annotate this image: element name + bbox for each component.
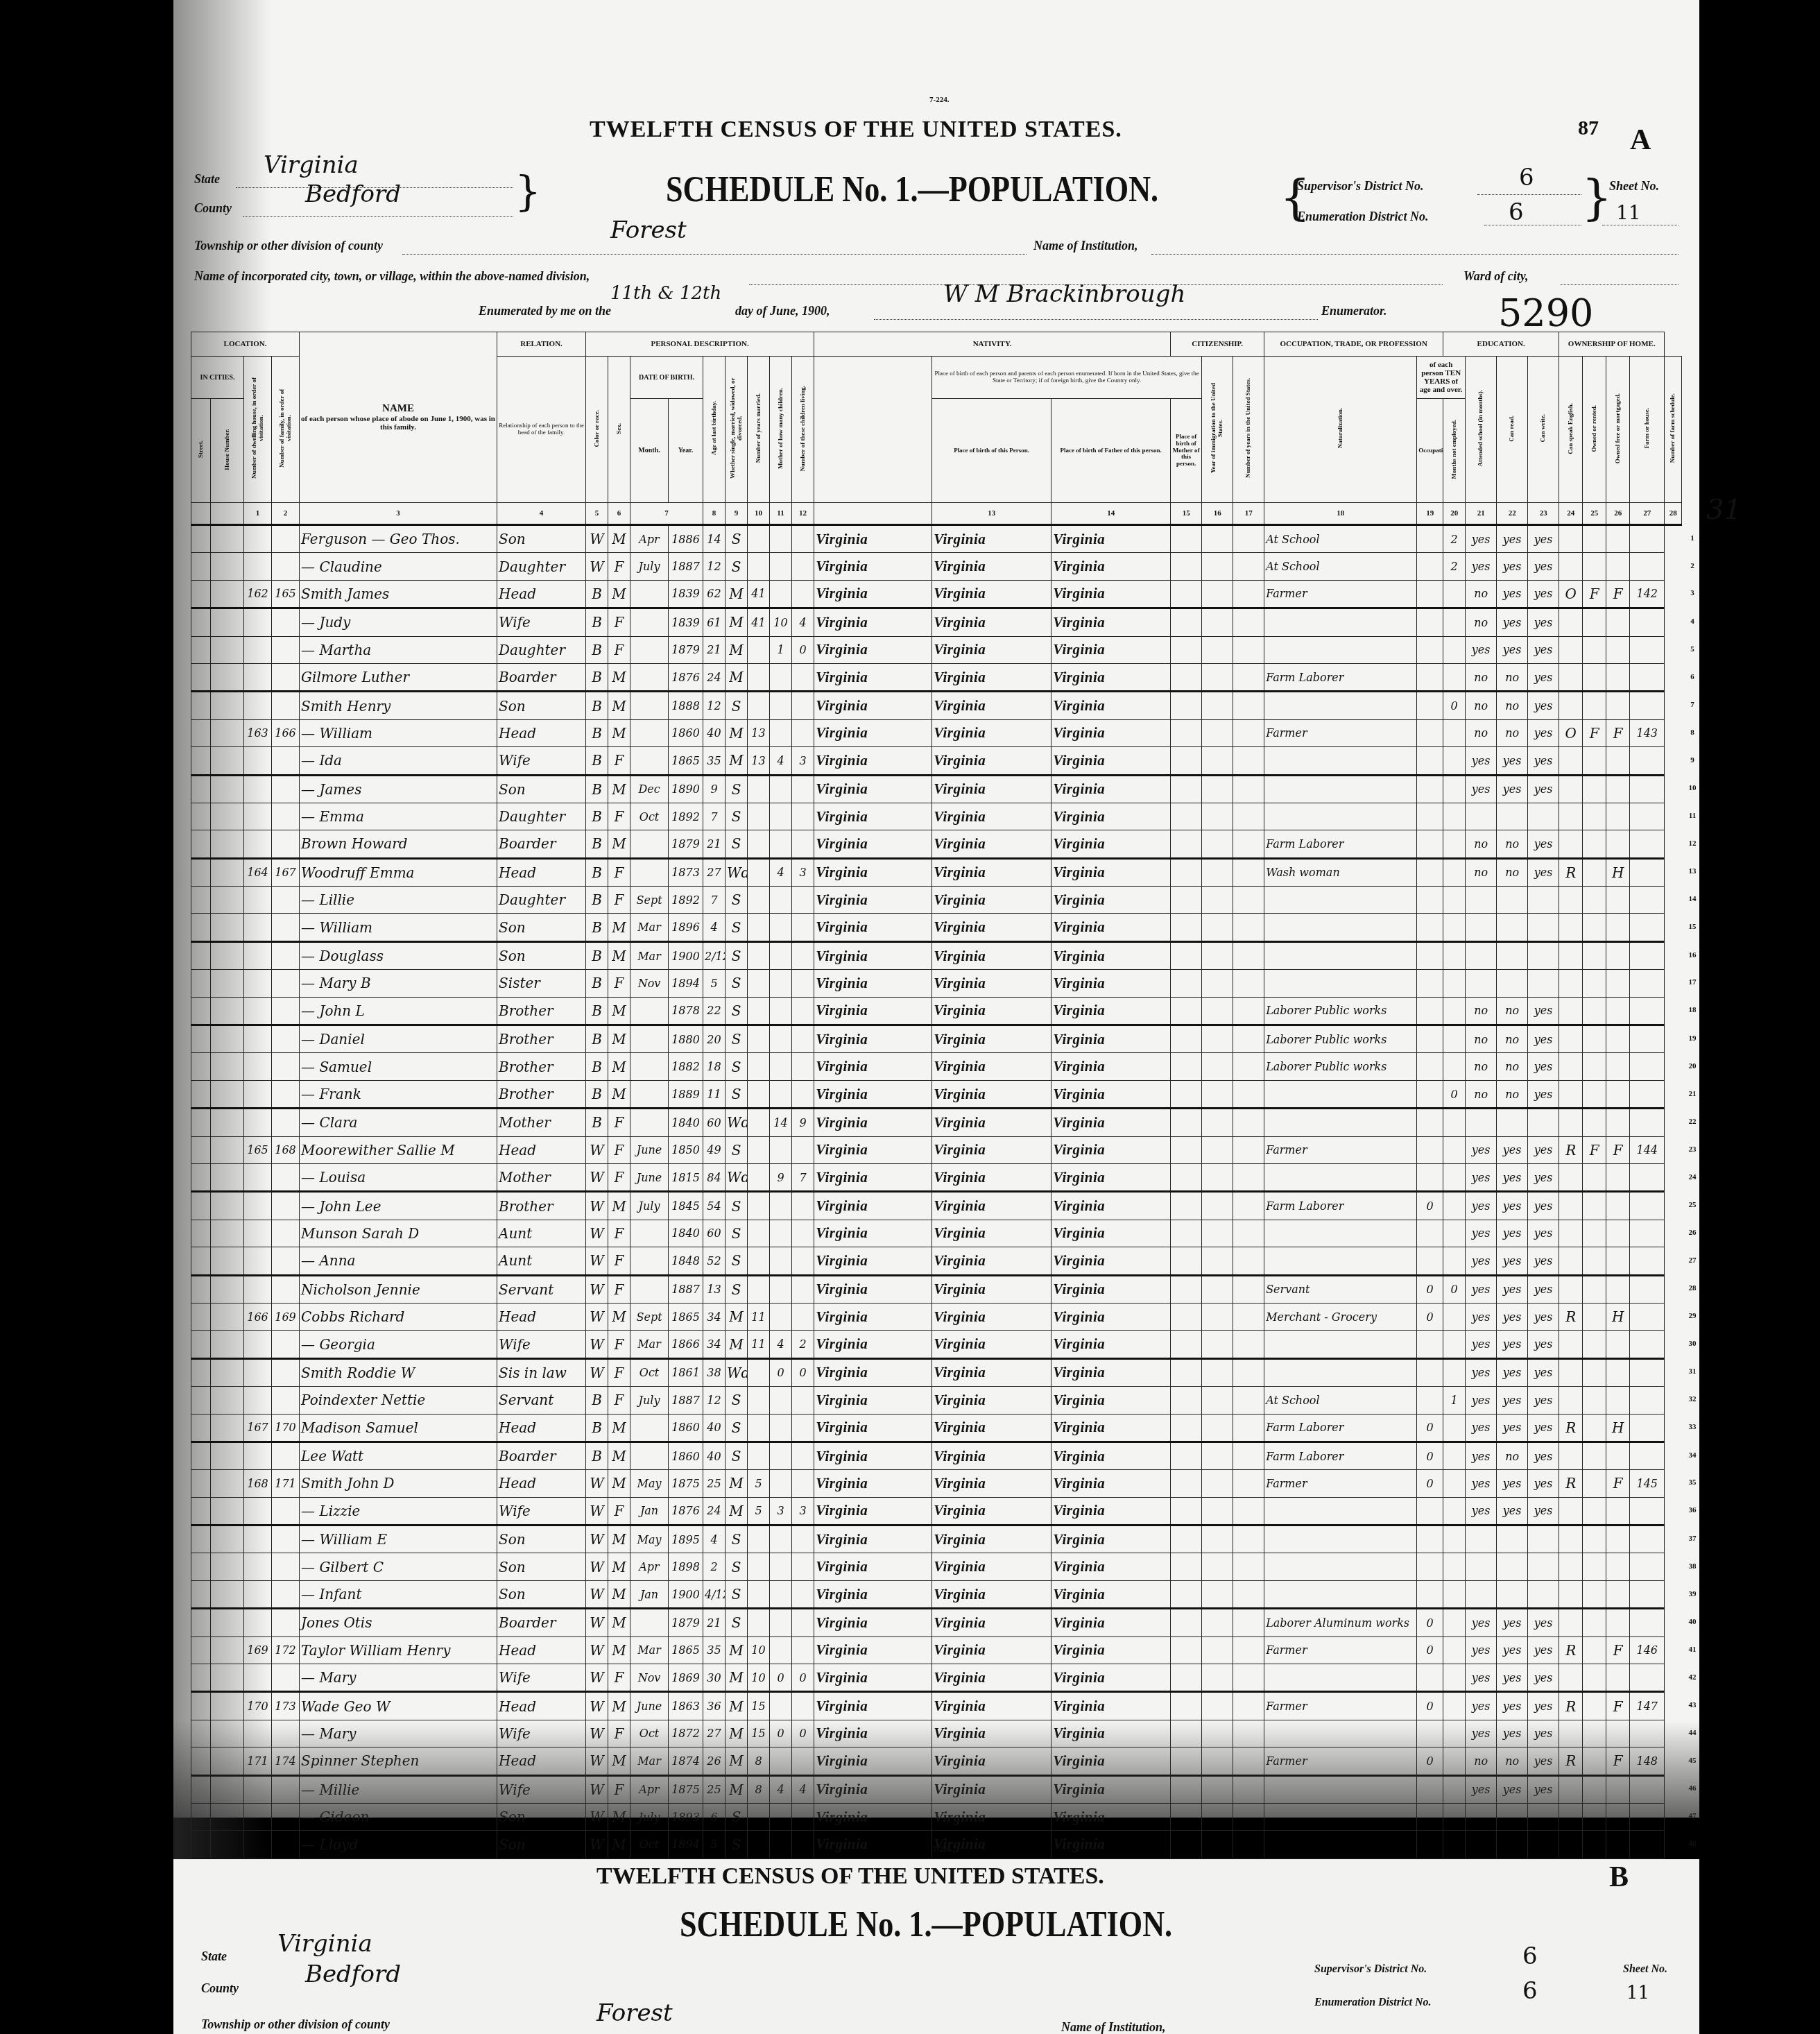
cell-ym: 5: [748, 1470, 770, 1497]
enumerator-line: [874, 319, 1318, 320]
cell-empty: [1233, 692, 1264, 719]
cell-sex: F: [608, 1247, 630, 1275]
cell-relation: Mother: [497, 1163, 586, 1191]
cell-ym: [748, 1220, 770, 1247]
column-number: 8: [703, 503, 726, 525]
cell-school: [1443, 1109, 1466, 1136]
cell-read: yes: [1466, 1414, 1497, 1442]
cell-pob: Virginia: [814, 719, 932, 746]
cell-pobf: Virginia: [932, 636, 1051, 663]
cell-empty: [1233, 914, 1264, 941]
cell-sched: 142: [1630, 580, 1665, 608]
cell-pob: Virginia: [814, 1247, 932, 1275]
cell-pob: Virginia: [814, 803, 932, 830]
cell-empty: [211, 719, 244, 746]
cell-color: W: [586, 1553, 608, 1580]
cell-empty: [211, 803, 244, 830]
cell-pobf: Virginia: [932, 553, 1051, 580]
cell-own: [1559, 1331, 1583, 1358]
cell-free: [1583, 1414, 1606, 1442]
line-number: 1: [1684, 534, 1701, 542]
cell-dwelling: 169: [244, 1636, 272, 1664]
cell-month: [630, 747, 669, 775]
census-title: TWELFTH CENSUS OF THE UNITED STATES.: [590, 117, 1122, 143]
cell-year: 1898: [669, 1553, 703, 1580]
cell-empty: [211, 1136, 244, 1163]
cell-sex: M: [608, 941, 630, 969]
cell-ym: [748, 1414, 770, 1442]
cell-pobm: Virginia: [1051, 719, 1171, 746]
cell-cb: [770, 1080, 792, 1108]
cell-own: O: [1559, 580, 1583, 608]
cell-pobf: Virginia: [932, 1553, 1051, 1580]
cell-dwelling: [244, 1192, 272, 1220]
cell-pobf: Virginia: [932, 1192, 1051, 1220]
cell-empty: [1202, 747, 1233, 775]
cell-month: Sept: [630, 1303, 669, 1330]
cell-color: B: [586, 1442, 608, 1469]
cell-name: — Emma: [300, 803, 497, 830]
cell-free: [1583, 1247, 1606, 1275]
cell-empty: [1171, 914, 1202, 941]
cell-empty: [1202, 997, 1233, 1025]
cell-month: Sept: [630, 887, 669, 914]
cell-dwelling: [244, 525, 272, 553]
cell-ym: 41: [748, 580, 770, 608]
blank-col-header: [814, 357, 932, 503]
cell-occ: Laborer Aluminum works: [1264, 1609, 1417, 1636]
cell-marital: S: [726, 1247, 748, 1275]
cell-relation: Brother: [497, 1053, 586, 1080]
cell-sex: F: [608, 887, 630, 914]
cell-cb: 0: [770, 1664, 792, 1692]
cell-pobm: Virginia: [1051, 941, 1171, 969]
cell-school: [1443, 1525, 1466, 1553]
cell-pobm: Virginia: [1051, 1664, 1171, 1692]
column-number: 15: [1171, 503, 1202, 525]
cell-empty: [211, 830, 244, 858]
cell-pobm: Virginia: [1051, 1387, 1171, 1414]
cell-year: 1876: [669, 1497, 703, 1525]
cell-empty: [1202, 1692, 1233, 1720]
cell-farm: [1606, 1358, 1630, 1386]
attended-school-header: Attended school (in months).: [1466, 357, 1497, 503]
cell-write: yes: [1497, 1414, 1528, 1442]
cell-farm: F: [1606, 719, 1630, 746]
cell-name: — William E: [300, 1525, 497, 1553]
cell-marital: S: [726, 1525, 748, 1553]
cell-cb: [770, 914, 792, 941]
cell-empty: [1202, 914, 1233, 941]
cell-write: yes: [1497, 1636, 1528, 1664]
column-number: 16: [1202, 503, 1233, 525]
cell-pobf: Virginia: [932, 775, 1051, 803]
cell-pob: Virginia: [814, 775, 932, 803]
cell-english: [1528, 1553, 1559, 1580]
cell-farm: [1606, 1580, 1630, 1608]
cell-cl: 2: [792, 1331, 814, 1358]
cell-family: [272, 1025, 300, 1053]
cell-ym: 13: [748, 747, 770, 775]
cell-empty: [211, 692, 244, 719]
cell-english: yes: [1528, 997, 1559, 1025]
table-row: — LillieDaughterBFSept18927SVirginiaVirg…: [191, 887, 1682, 914]
cell-occ: Laborer Public works: [1264, 997, 1417, 1025]
cell-cl: [792, 1080, 814, 1108]
cell-school: [1443, 636, 1466, 663]
column-number: 10: [748, 503, 770, 525]
name-header: NAME: [301, 403, 495, 415]
cell-empty: [1171, 1136, 1202, 1163]
cell-farm: [1606, 830, 1630, 858]
cell-free: [1583, 747, 1606, 775]
cell-read: yes: [1466, 1664, 1497, 1692]
cell-own: [1559, 1275, 1583, 1303]
cell-empty: [191, 692, 211, 719]
cell-ym: [748, 1053, 770, 1080]
cell-dwelling: [244, 775, 272, 803]
cell-age: 14: [703, 525, 726, 553]
cell-marital: M: [726, 636, 748, 663]
month-header: Month.: [630, 399, 669, 503]
table-row: Brown HowardBoarderBM187921SVirginiaVirg…: [191, 830, 1682, 858]
cell-marital: M: [726, 608, 748, 636]
cell-name: — John L: [300, 997, 497, 1025]
cell-read: [1466, 1109, 1497, 1136]
cell-pobm: Virginia: [1051, 887, 1171, 914]
cell-empty: [1202, 1331, 1233, 1358]
cell-empty: [1171, 525, 1202, 553]
cell-empty: [1233, 1136, 1264, 1163]
form-code-b: 7-224.: [933, 1845, 952, 1854]
cell-empty: [1233, 580, 1264, 608]
cell-relation: Son: [497, 525, 586, 553]
cell-year: 1866: [669, 1331, 703, 1358]
cell-cb: [770, 1025, 792, 1053]
ward-label: Ward of city,: [1463, 269, 1528, 284]
cell-family: [272, 1580, 300, 1608]
cell-farm: F: [1606, 580, 1630, 608]
line-number: 27: [1684, 1256, 1701, 1265]
cell-write: yes: [1497, 1136, 1528, 1163]
cell-occ: Wash woman: [1264, 858, 1417, 886]
group-name: NAME of each person whose place of abode…: [300, 332, 497, 503]
column-number: 5: [586, 503, 608, 525]
line-number: 12: [1684, 839, 1701, 848]
cell-family: 170: [272, 1414, 300, 1442]
cell-read: yes: [1466, 1275, 1497, 1303]
cell-unemp: [1417, 692, 1443, 719]
column-number: 25: [1583, 503, 1606, 525]
cell-empty: [1171, 1025, 1202, 1053]
cell-empty: [1202, 1387, 1233, 1414]
cell-empty: [1202, 1109, 1233, 1136]
cell-empty: [1233, 1080, 1264, 1108]
cell-cl: [792, 941, 814, 969]
cell-name: — Mary: [300, 1664, 497, 1692]
cell-dwelling: [244, 1553, 272, 1580]
cell-sched: [1630, 1025, 1665, 1053]
cell-month: [630, 719, 669, 746]
cell-year: 1900: [669, 1580, 703, 1608]
enumeration-district-label-b: Enumeration District No.: [1314, 1997, 1431, 2009]
cell-ym: [748, 858, 770, 886]
cell-empty: [1233, 1609, 1264, 1636]
cell-dwelling: [244, 747, 272, 775]
cell-dwelling: 163: [244, 719, 272, 746]
cell-dwelling: [244, 1525, 272, 1553]
cell-unemp: 0: [1417, 1636, 1443, 1664]
cell-sex: F: [608, 1387, 630, 1414]
cell-relation: Head: [497, 580, 586, 608]
cell-english: yes: [1528, 1136, 1559, 1163]
cell-write: yes: [1497, 1247, 1528, 1275]
cell-read: yes: [1466, 1303, 1497, 1330]
cell-free: [1583, 914, 1606, 941]
cell-family: [272, 830, 300, 858]
cell-empty: [1202, 1664, 1233, 1692]
cell-write: no: [1497, 692, 1528, 719]
cell-free: [1583, 1358, 1606, 1386]
cell-free: [1583, 1664, 1606, 1692]
cell-age: 5: [703, 1831, 726, 1858]
table-row: — Gilbert CSonWMApr18982SVirginiaVirgini…: [191, 1553, 1682, 1580]
cell-ym: [748, 1080, 770, 1108]
cell-english: yes: [1528, 775, 1559, 803]
column-number: 12: [792, 503, 814, 525]
cell-relation: Daughter: [497, 636, 586, 663]
line-number: 19: [1684, 1034, 1701, 1043]
pob-father-header: Place of birth of Father of this person.: [1051, 399, 1171, 503]
cell-name: Smith Roddie W: [300, 1358, 497, 1386]
cell-dwelling: [244, 997, 272, 1025]
cell-year: 1839: [669, 580, 703, 608]
cell-empty: [191, 1109, 211, 1136]
cell-read: no: [1466, 580, 1497, 608]
cell-english: yes: [1528, 858, 1559, 886]
cell-empty: [1233, 1053, 1264, 1080]
cell-color: W: [586, 1664, 608, 1692]
table-row: — InfantSonWMJan19004/12SVirginiaVirgini…: [191, 1580, 1682, 1608]
cell-dwelling: 164: [244, 858, 272, 886]
cell-family: 166: [272, 719, 300, 746]
cell-own: [1559, 1358, 1583, 1386]
cell-cl: 7: [792, 1163, 814, 1191]
cell-sched: [1630, 941, 1665, 969]
enumerator-label: Enumerator.: [1321, 304, 1387, 318]
cell-empty: [1202, 1358, 1233, 1386]
line-number: 9: [1684, 756, 1701, 764]
cell-free: [1583, 1609, 1606, 1636]
cell-year: 1894: [669, 970, 703, 997]
cell-cb: 4: [770, 1331, 792, 1358]
cell-relation: Head: [497, 858, 586, 886]
cell-relation: Head: [497, 1136, 586, 1163]
cell-empty: [1202, 941, 1233, 969]
cell-pob: Virginia: [814, 1331, 932, 1358]
state-label: State: [194, 172, 220, 187]
cell-english: yes: [1528, 719, 1559, 746]
cell-pobf: Virginia: [932, 941, 1051, 969]
cell-age: 35: [703, 1636, 726, 1664]
column-number: 14: [1051, 503, 1171, 525]
cell-family: [272, 1275, 300, 1303]
cell-age: 40: [703, 1414, 726, 1442]
cell-school: [1443, 914, 1466, 941]
cell-relation: Daughter: [497, 553, 586, 580]
cell-read: [1466, 1525, 1497, 1553]
cell-empty: [1171, 1109, 1202, 1136]
cell-write: yes: [1497, 553, 1528, 580]
cell-pob: Virginia: [814, 1553, 932, 1580]
cell-color: B: [586, 803, 608, 830]
schedule-title-b: SCHEDULE No. 1.—POPULATION.: [680, 1904, 1172, 1945]
cell-farm: H: [1606, 858, 1630, 886]
cell-empty: [191, 1053, 211, 1080]
cell-free: [1583, 1303, 1606, 1330]
cell-read: yes: [1466, 553, 1497, 580]
cell-read: yes: [1466, 747, 1497, 775]
cell-relation: Aunt: [497, 1220, 586, 1247]
cell-own: [1559, 887, 1583, 914]
cell-english: yes: [1528, 830, 1559, 858]
cell-own: [1559, 1220, 1583, 1247]
cell-year: 1815: [669, 1163, 703, 1191]
cell-english: yes: [1528, 1303, 1559, 1330]
cell-empty: [191, 1220, 211, 1247]
cell-cb: 14: [770, 1109, 792, 1136]
cell-month: Jan: [630, 1497, 669, 1525]
cell-free: [1583, 1275, 1606, 1303]
cell-ym: [748, 1136, 770, 1163]
cell-color: W: [586, 1275, 608, 1303]
cell-english: yes: [1528, 1414, 1559, 1442]
cell-month: Jan: [630, 1580, 669, 1608]
cell-empty: [211, 1331, 244, 1358]
cell-pob: Virginia: [814, 830, 932, 858]
cell-empty: [211, 580, 244, 608]
cell-ym: [748, 1358, 770, 1386]
cell-empty: [1233, 663, 1264, 691]
cell-sex: M: [608, 1414, 630, 1442]
cell-empty: [1202, 636, 1233, 663]
cell-color: W: [586, 1470, 608, 1497]
cell-empty: [1202, 1609, 1233, 1636]
cell-farm: [1606, 1831, 1630, 1858]
cell-name: — Lizzie: [300, 1497, 497, 1525]
cell-unemp: [1417, 1525, 1443, 1553]
cell-cl: [792, 692, 814, 719]
cell-read: [1466, 970, 1497, 997]
cell-dwelling: [244, 1053, 272, 1080]
state-value: Virginia: [264, 151, 359, 179]
cell-sched: [1630, 858, 1665, 886]
township-value: Forest: [610, 216, 687, 244]
cell-empty: [191, 1331, 211, 1358]
cell-cb: [770, 887, 792, 914]
cell-free: [1583, 1831, 1606, 1858]
line-number: 4: [1684, 617, 1701, 626]
cell-unemp: [1417, 775, 1443, 803]
cell-farm: [1606, 1387, 1630, 1414]
cell-pobf: Virginia: [932, 1580, 1051, 1608]
cell-marital: S: [726, 1025, 748, 1053]
cell-marital: S: [726, 970, 748, 997]
cell-month: May: [630, 1470, 669, 1497]
cell-pob: Virginia: [814, 1664, 932, 1692]
cell-free: [1583, 608, 1606, 636]
cell-family: [272, 1247, 300, 1275]
cell-empty: [211, 1220, 244, 1247]
cell-write: yes: [1497, 1664, 1528, 1692]
cell-read: no: [1466, 1080, 1497, 1108]
cell-sex: M: [608, 1636, 630, 1664]
cell-sex: M: [608, 719, 630, 746]
cell-age: 7: [703, 803, 726, 830]
cell-cl: 4: [792, 608, 814, 636]
cell-empty: [211, 1303, 244, 1330]
cell-pob: Virginia: [814, 663, 932, 691]
cell-name: Gilmore Luther: [300, 663, 497, 691]
cell-farm: [1606, 1442, 1630, 1469]
enumeration-district-value: 6: [1509, 198, 1524, 226]
cell-pobf: Virginia: [932, 1136, 1051, 1163]
cell-occ: Servant: [1264, 1275, 1417, 1303]
cell-pobf: Virginia: [932, 1692, 1051, 1720]
line-number: 23: [1684, 1145, 1701, 1154]
cell-empty: [1171, 1580, 1202, 1608]
cell-sex: F: [608, 1220, 630, 1247]
cell-unemp: [1417, 663, 1443, 691]
cell-color: W: [586, 525, 608, 553]
table-row: — WilliamSonBMMar18964SVirginiaVirginiaV…: [191, 914, 1682, 941]
cell-empty: [191, 1580, 211, 1608]
cell-cl: 3: [792, 858, 814, 886]
cell-write: yes: [1497, 747, 1528, 775]
cell-school: [1443, 1442, 1466, 1469]
ward-line: [1561, 284, 1679, 285]
brace: }: [515, 171, 541, 212]
cell-own: [1559, 1580, 1583, 1608]
cell-farm: [1606, 525, 1630, 553]
cell-age: 7: [703, 887, 726, 914]
occupation-subheader: of each person TEN YEARS of age and over…: [1417, 357, 1466, 399]
in-cities-header: IN CITIES.: [191, 357, 244, 399]
cell-relation: Sis in law: [497, 1358, 586, 1386]
cell-read: no: [1466, 997, 1497, 1025]
cell-age: 62: [703, 580, 726, 608]
cell-cb: 0: [770, 1358, 792, 1386]
column-number: 9: [726, 503, 748, 525]
cell-empty: [1233, 553, 1264, 580]
cell-cl: [792, 663, 814, 691]
cell-unemp: 0: [1417, 1609, 1443, 1636]
cell-color: B: [586, 636, 608, 663]
cell-unemp: [1417, 914, 1443, 941]
cell-cb: [770, 663, 792, 691]
cell-marital: S: [726, 997, 748, 1025]
cell-month: [630, 1109, 669, 1136]
cell-family: [272, 1163, 300, 1191]
cell-age: 9: [703, 775, 726, 803]
line-number: 38: [1684, 1562, 1701, 1571]
cell-relation: Boarder: [497, 663, 586, 691]
cell-english: yes: [1528, 692, 1559, 719]
cell-school: [1443, 663, 1466, 691]
cell-pobf: Virginia: [932, 1442, 1051, 1469]
cell-name: Taylor William Henry: [300, 1636, 497, 1664]
cell-write: no: [1497, 719, 1528, 746]
